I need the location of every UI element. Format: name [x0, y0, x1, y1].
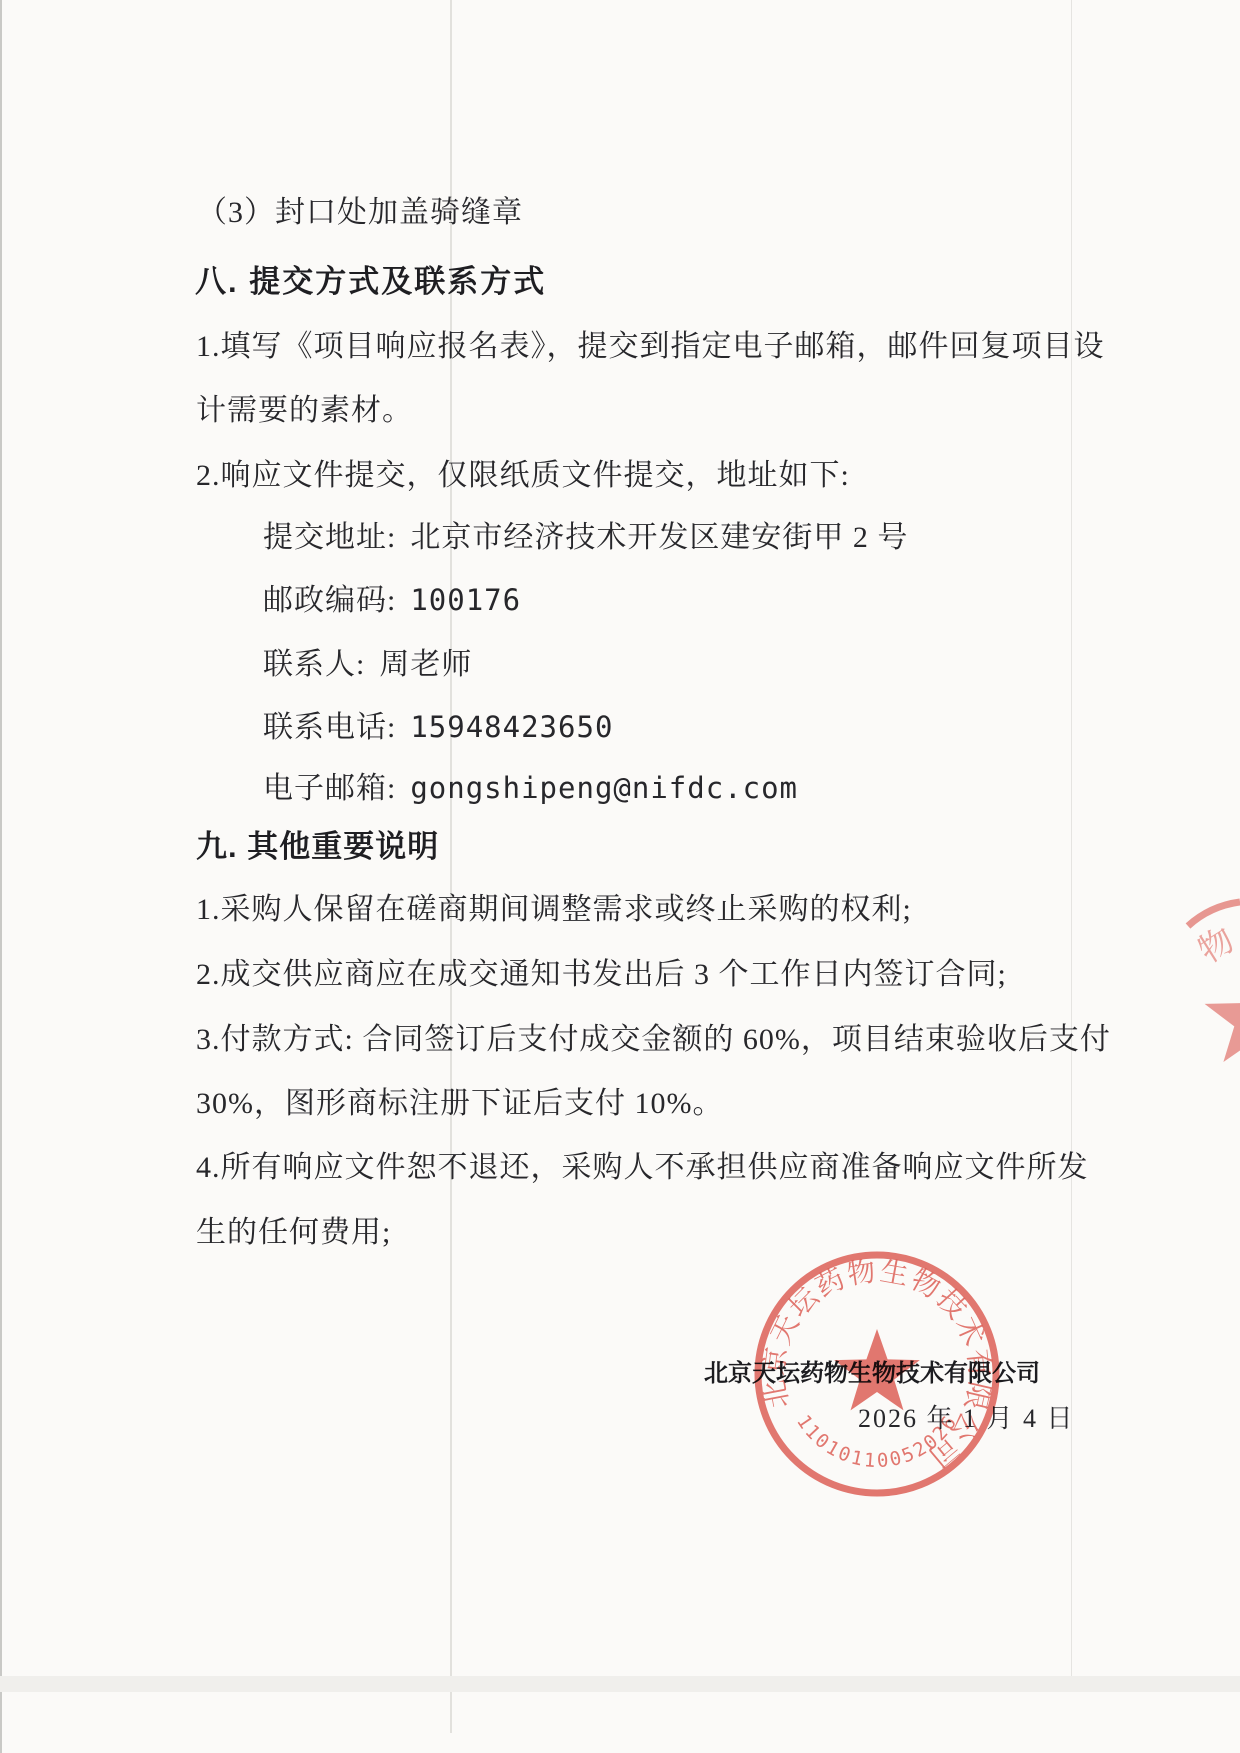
postcode-label: 邮政编码:: [263, 584, 396, 617]
email-label: 电子邮箱:: [263, 772, 396, 805]
email-value: gongshipeng@nifdc.com: [410, 771, 798, 805]
cross-page-seal-fragment: 物: [1182, 878, 1240, 1098]
s8-paragraph-1-line-2: 计需要的素材。: [196, 394, 413, 429]
address-label: 提交地址:: [263, 521, 396, 554]
postcode-row: 邮政编码:100176: [263, 584, 521, 619]
address-value: 北京市经济技术开发区建安街甲 2 号: [410, 521, 908, 554]
section-9-heading: 九. 其他重要说明: [196, 829, 439, 865]
s8-paragraph-2: 2.响应文件提交，仅限纸质文件提交，地址如下:: [196, 459, 850, 494]
email-row: 电子邮箱:gongshipeng@nifdc.com: [263, 772, 798, 807]
s9-paragraph-4-line-2: 生的任何费用;: [196, 1216, 391, 1251]
company-seal-stamp: 北京天坛药物生物技术有限公司 11010110052026: [750, 1247, 1005, 1502]
item-3-seal-note: （3）封口处加盖骑缝章: [197, 196, 523, 231]
scan-left-edge: [0, 0, 2, 1753]
s9-paragraph-3-line-2: 30%，图形商标注册下证后支付 10%。: [196, 1087, 723, 1122]
document-page: （3）封口处加盖骑缝章 八. 提交方式及联系方式 1.填写《项目响应报名表》，提…: [0, 0, 1240, 1753]
contact-person-row: 联系人:周老师: [263, 648, 472, 683]
s8-paragraph-1-line-1: 1.填写《项目响应报名表》，提交到指定电子邮箱，邮件回复项目设: [196, 330, 1105, 365]
scan-bottom-shadow: [0, 1676, 1240, 1692]
contact-person-label: 联系人:: [263, 648, 365, 681]
s9-paragraph-4-line-1: 4.所有响应文件恕不退还，采购人不承担供应商准备响应文件所发: [196, 1151, 1089, 1186]
postcode-value: 100176: [410, 583, 521, 617]
s9-paragraph-2: 2.成交供应商应在成交通知书发出后 3 个工作日内签订合同;: [196, 958, 1007, 993]
address-row: 提交地址:北京市经济技术开发区建安街甲 2 号: [263, 521, 908, 556]
fold-line-left: [450, 0, 452, 1733]
phone-value: 15948423650: [410, 710, 613, 744]
seal-fragment-star-icon: [1205, 968, 1240, 1062]
s9-paragraph-1: 1.采购人保留在磋商期间调整需求或终止采购的权利;: [196, 893, 912, 928]
seal-fragment-character: 物: [1192, 921, 1240, 971]
phone-row: 联系电话:15948423650: [263, 711, 613, 746]
contact-person-value: 周老师: [379, 648, 472, 681]
seal-star-icon: [834, 1329, 920, 1410]
s9-paragraph-3-line-1: 3.付款方式: 合同签订后支付成交金额的 60%，项目结束验收后支付: [196, 1023, 1111, 1058]
seal-fragment-arc: [1188, 902, 1240, 926]
section-8-heading: 八. 提交方式及联系方式: [195, 264, 546, 300]
fold-line-right: [1071, 0, 1072, 1690]
phone-label: 联系电话:: [263, 711, 396, 744]
